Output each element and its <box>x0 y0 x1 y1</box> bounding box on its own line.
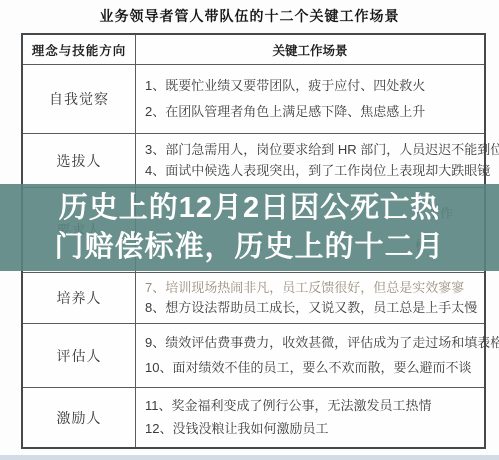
category-label: 自我觉察 <box>23 65 136 133</box>
category-label: 选拔人 <box>23 134 136 187</box>
scenario-items: 1、既要忙业绩又要带团队，疲于应付、四处救火 2、在团队管理者角色上满足感下降、… <box>136 65 484 133</box>
scenario-items: 7、培训现场热闹非凡，员工反馈很好，但总是实效寥寥 8、想方设法帮助员工成长，又… <box>136 273 484 323</box>
overlay-headline-line-1: 历史上的12月2日因公死亡热 <box>0 189 499 228</box>
scenario-item-4: 4、面试中候选人表现突出，到了工作岗位上表现却大跌眼镜 <box>145 163 499 179</box>
header-direction: 理念与技能方向 <box>23 35 136 64</box>
scenario-item-1: 1、既要忙业绩又要带团队，疲于应付、四处救火 <box>145 78 481 94</box>
headline-overlay-banner: 历史上的12月2日因公死亡热 门赔偿标准，历史上的十二月 <box>0 184 499 271</box>
table-row-development: 培养人 7、培训现场热闹非凡，员工反馈很好，但总是实效寥寥 8、想方设法帮助员工… <box>23 272 484 323</box>
header-scenarios: 关键工作场景 <box>136 35 484 64</box>
scenario-item-3: 3、部门急需用人，岗位要求给到 HR 部门，人员迟迟不能到位 <box>145 142 499 158</box>
scenario-item-7: 7、培训现场热闹非凡，员工反馈很好，但总是实效寥寥 <box>145 280 481 296</box>
scenario-item-8: 8、想方设法帮助员工成长，又说又教，员工总是上手太慢 <box>145 300 481 316</box>
table-header-row: 理念与技能方向 关键工作场景 <box>23 35 484 64</box>
scenario-item-2: 2、在团队管理者角色上满足感下降、焦虑感上升 <box>145 104 481 120</box>
category-label: 激励人 <box>23 388 136 447</box>
scenario-item-11: 11、奖金福利变成了例行公事，无法激发员工热情 <box>145 398 481 414</box>
page-title: 业务领导者管人带队伍的十二个关键工作场景 <box>0 6 499 26</box>
category-label: 培养人 <box>23 273 136 323</box>
scenario-items: 9、绩效评估费事费力，收效甚微，评估成为了走过场和填表格 10、面对绩效不佳的员… <box>136 324 499 387</box>
scenario-item-10: 10、面对绩效不佳的员工，要么不欢而散，要么避而不谈 <box>145 360 499 376</box>
scenario-item-9: 9、绩效评估费事费力，收效甚微，评估成为了走过场和填表格 <box>145 335 499 351</box>
screenshot-root: 业务领导者管人带队伍的十二个关键工作场景 理念与技能方向 关键工作场景 自我觉察… <box>0 0 499 460</box>
bottom-edge-band <box>0 455 499 460</box>
category-label: 评估人 <box>23 324 136 387</box>
scenario-item-12: 12、没钱没粮让我如何激励员工 <box>145 421 481 437</box>
table-row-self-awareness: 自我觉察 1、既要忙业绩又要带团队，疲于应付、四处救火 2、在团队管理者角色上满… <box>23 64 484 133</box>
overlay-headline-line-2: 门赔偿标准，历史上的十二月 <box>0 228 499 267</box>
table-row-selection: 选拔人 3、部门急需用人，岗位要求给到 HR 部门，人员迟迟不能到位 4、面试中… <box>23 133 484 187</box>
scenario-items: 11、奖金福利变成了例行公事，无法激发员工热情 12、没钱没粮让我如何激励员工 <box>136 388 484 447</box>
table-row-motivation: 激励人 11、奖金福利变成了例行公事，无法激发员工热情 12、没钱没粮让我如何激… <box>23 387 484 447</box>
table-row-evaluation: 评估人 9、绩效评估费事费力，收效甚微，评估成为了走过场和填表格 10、面对绩效… <box>23 323 484 387</box>
scenario-items: 3、部门急需用人，岗位要求给到 HR 部门，人员迟迟不能到位 4、面试中候选人表… <box>136 134 499 187</box>
